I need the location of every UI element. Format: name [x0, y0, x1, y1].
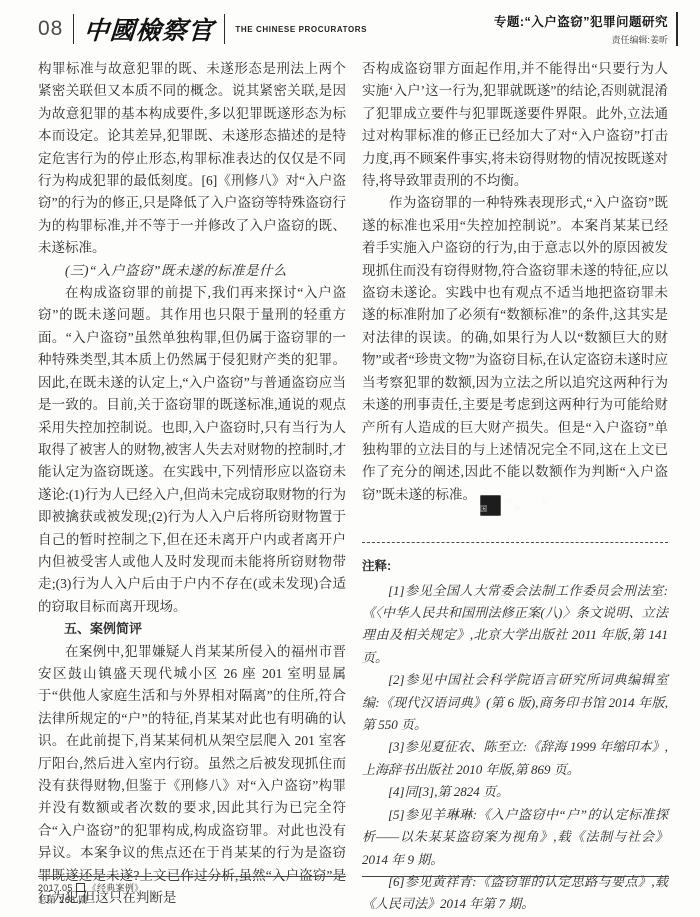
journal-logo: 中國檢察官: [83, 11, 216, 47]
footer-rule-right: [362, 876, 668, 877]
footnote-item: [2]参见中国社会科学院语言研究所词典编辑室编:《现代汉语词典》(第 6 版),…: [362, 669, 668, 736]
page-header: 08 中國檢察官 THE CHINESE PROCURATORS 专题:“入户盗…: [38, 8, 678, 50]
journal-name-en: THE CHINESE PROCURATORS: [235, 25, 367, 34]
journal-page: 08 中國檢察官 THE CHINESE PROCURATORS 专题:“入户盗…: [0, 0, 700, 917]
footnote-item: [5]参见羊琳琳:《入户盗窃中“户”的认定标准探析——以朱某某盗窃案为视角》,载…: [362, 804, 668, 871]
notes-title: 注释:: [362, 555, 668, 577]
header-left: 08 中國檢察官 THE CHINESE PROCURATORS: [38, 11, 367, 47]
footer-issue-line: 2017.05《经典案例》: [38, 882, 143, 894]
editor-credit: 责任编辑:姜昕: [494, 33, 668, 46]
left-column: 构罪标准与故意犯罪的既、未遂形态是刑法上两个紧密关联但又本质不同的概念。说其紧密…: [38, 58, 346, 909]
article-paragraph: 否构成盗窃罪方面起作用,并不能得出“只要行为人实施‘入户’这一行为,犯罪就既遂”…: [362, 58, 668, 192]
right-column: 否构成盗窃罪方面起作用,并不能得出“只要行为人实施‘入户’这一行为,犯罪就既遂”…: [362, 58, 668, 916]
article-paragraph: 在案例中,犯罪嫌疑人肖某某所侵入的福州市晋安区鼓山镇盛天现代城小区 26 座 2…: [38, 641, 346, 910]
footnote-item: [6]参见黄祥青:《盗窃罪的认定思路与要点》,载《人民司法》2014 年第 7 …: [362, 871, 668, 916]
article-paragraph: 在构成盗窃罪的前提下,我们再来探讨“入户盗窃”的既未遂问题。其作用也只限于量刑的…: [38, 282, 346, 618]
footer-square-icon: [76, 883, 85, 892]
seal-text: 检察: [514, 499, 548, 513]
article-paragraph: 构罪标准与故意犯罪的既、未遂形态是刑法上两个紧密关联但又本质不同的概念。说其紧密…: [38, 58, 346, 260]
footnote-item: [3]参见夏征农、陈至立:《辞海 1999 年缩印本》,上海辞书出版社 2010…: [362, 736, 668, 781]
footnote-item: [1]参见全国人大常委会法制工作委员会刑法室:《〈中华人民共和国刑法修正案(八)…: [362, 580, 668, 670]
section-name: 《经典案例》: [88, 883, 144, 893]
header-right-divider: [676, 12, 678, 46]
topic-title: 专题:“入户盗窃”犯罪问题研究: [494, 12, 668, 30]
end-of-article-seal-icon: 中国检察: [480, 495, 501, 516]
footer-rule-left: [38, 876, 346, 877]
seal-text: 中国: [480, 499, 514, 513]
section-heading-three: (三)“入户盗窃”既未遂的标准是什么: [38, 260, 346, 282]
notes-separator: [362, 542, 668, 543]
topic-block: 专题:“入户盗窃”犯罪问题研究 责任编辑:姜昕: [494, 12, 668, 46]
section-heading-five: 五、案例简评: [38, 618, 346, 640]
footnote-item: [4]同[3],第 2824 页。: [362, 781, 668, 803]
article-paragraph: 作为盗窃罪的一种特殊表现形式,“入户盗窃”既遂的标准也采用“失控加控制说”。本案…: [362, 192, 668, 516]
header-divider: [73, 14, 74, 44]
header-right: 专题:“入户盗窃”犯罪问题研究 责任编辑:姜昕: [494, 12, 678, 46]
volume-number: 总第 268 期: [38, 894, 143, 906]
paragraph-text: 作为盗窃罪的一种特殊表现形式,“入户盗窃”既遂的标准也采用“失控加控制说”。本案…: [362, 195, 668, 501]
page-number: 08: [38, 17, 63, 41]
issue-date: 2017.05: [38, 883, 73, 893]
header-divider: [224, 14, 225, 44]
page-footer: 2017.05《经典案例》 总第 268 期: [38, 882, 143, 906]
